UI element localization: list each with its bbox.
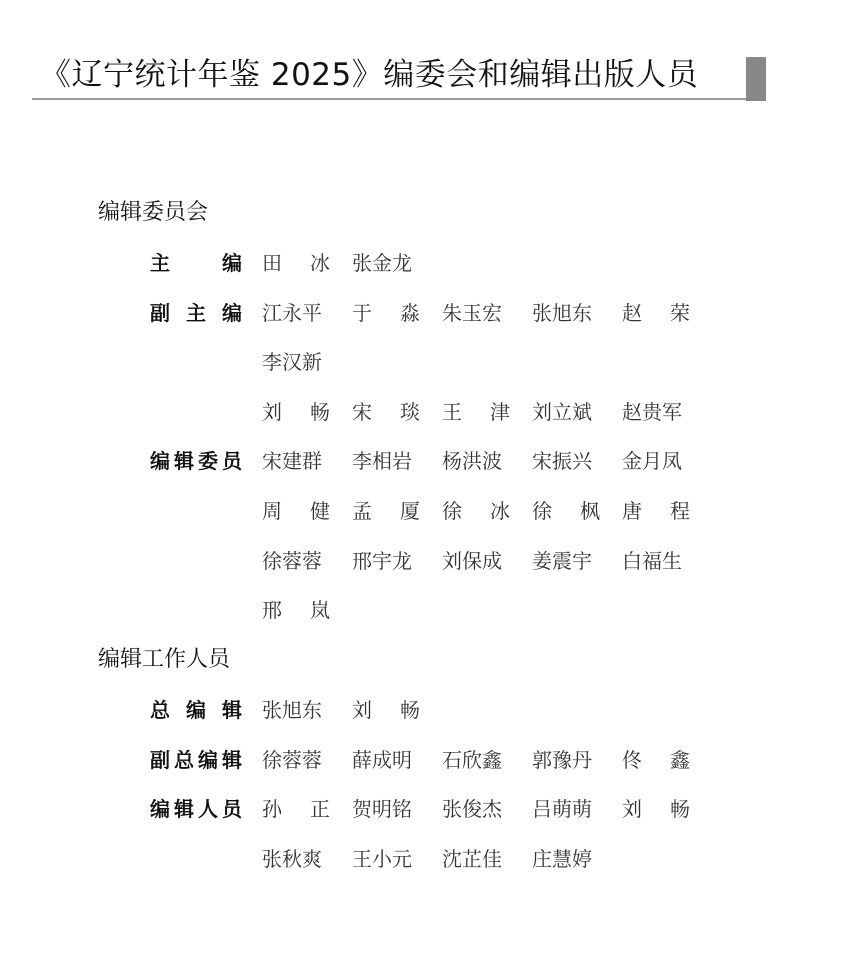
- role-label-char: 员: [222, 446, 242, 476]
- person-name: 徐蓉蓉: [262, 546, 330, 576]
- role-label-char: 副: [150, 745, 170, 775]
- page-title: 《辽宁统计年鉴 2025》编委会和编辑出版人员: [40, 54, 698, 96]
- person-name: 佟鑫: [622, 745, 690, 775]
- person-name: 孟厦: [352, 496, 420, 526]
- role-label-char: 编: [222, 298, 242, 328]
- role-label-char: 编: [150, 794, 170, 824]
- person-name: 薛成明: [352, 745, 420, 775]
- role-label: 主编: [150, 248, 242, 278]
- person-name: 张旭东: [262, 695, 330, 725]
- role-label-char: 编: [150, 446, 170, 476]
- role-row: 张秋爽王小元沈芷佳庄慧婷: [0, 844, 850, 874]
- person-name: 庄慧婷: [532, 844, 600, 874]
- person-name: 于淼: [352, 298, 420, 328]
- person-name: 王津: [442, 397, 510, 427]
- role-label: 编辑人员: [150, 794, 242, 824]
- role-label: 总编辑: [150, 695, 242, 725]
- person-name: 刘立斌: [532, 397, 600, 427]
- role-label-char: 委: [198, 446, 218, 476]
- role-row: 主编田冰张金龙: [0, 248, 850, 278]
- role-label: 副主编: [150, 298, 242, 328]
- person-name: 徐蓉蓉: [262, 745, 330, 775]
- person-name: 姜震宇: [532, 546, 600, 576]
- person-name: 张旭东: [532, 298, 600, 328]
- role-row: 李汉新: [0, 347, 850, 377]
- person-name: 刘畅: [262, 397, 330, 427]
- role-label-char: 员: [222, 794, 242, 824]
- person-name: 周健: [262, 496, 330, 526]
- role-label-char: 辑: [174, 446, 194, 476]
- person-name: 刘保成: [442, 546, 510, 576]
- role-label-char: 辑: [222, 695, 242, 725]
- section-heading: 编辑委员会: [98, 198, 208, 228]
- role-row: 副总编辑徐蓉蓉薛成明石欣鑫郭豫丹佟鑫: [0, 745, 850, 775]
- title-underline: [32, 98, 746, 100]
- title-side-block: [746, 57, 766, 101]
- person-name: 李汉新: [262, 347, 330, 377]
- person-name: 张秋爽: [262, 844, 330, 874]
- person-name: 李相岩: [352, 446, 420, 476]
- person-name: 宋振兴: [532, 446, 600, 476]
- role-row: 刘畅宋琰王津刘立斌赵贵军: [0, 397, 850, 427]
- role-label-char: 编: [198, 745, 218, 775]
- role-row: 周健孟厦徐冰徐枫唐程: [0, 496, 850, 526]
- person-name: 石欣鑫: [442, 745, 510, 775]
- role-row: 邢岚: [0, 595, 850, 625]
- person-name: 邢岚: [262, 595, 330, 625]
- person-name: 王小元: [352, 844, 420, 874]
- role-label-char: 主: [186, 298, 206, 328]
- role-label-char: 编: [186, 695, 206, 725]
- person-name: 吕萌萌: [532, 794, 600, 824]
- person-name: 郭豫丹: [532, 745, 600, 775]
- person-name: 宋琰: [352, 397, 420, 427]
- role-row: 编辑人员孙正贺明铭张俊杰吕萌萌刘畅: [0, 794, 850, 824]
- role-label-char: 辑: [222, 745, 242, 775]
- role-label-char: 总: [150, 695, 170, 725]
- person-name: 江永平: [262, 298, 330, 328]
- section-heading: 编辑工作人员: [98, 645, 230, 675]
- role-label: 副总编辑: [150, 745, 242, 775]
- role-label: 编辑委员: [150, 446, 242, 476]
- role-label-char: 人: [198, 794, 218, 824]
- role-label-char: 总: [174, 745, 194, 775]
- role-label-char: 编: [222, 248, 242, 278]
- person-name: 宋建群: [262, 446, 330, 476]
- role-row: 徐蓉蓉邢宇龙刘保成姜震宇白福生: [0, 546, 850, 576]
- role-label-char: 主: [150, 248, 170, 278]
- role-row: 总编辑张旭东刘畅: [0, 695, 850, 725]
- person-name: 杨洪波: [442, 446, 510, 476]
- person-name: 徐枫: [532, 496, 600, 526]
- role-label-char: 辑: [174, 794, 194, 824]
- person-name: 刘畅: [622, 794, 690, 824]
- person-name: 孙正: [262, 794, 330, 824]
- person-name: 赵贵军: [622, 397, 690, 427]
- person-name: 贺明铭: [352, 794, 420, 824]
- person-name: 徐冰: [442, 496, 510, 526]
- person-name: 田冰: [262, 248, 330, 278]
- role-label-char: 副: [150, 298, 170, 328]
- person-name: 沈芷佳: [442, 844, 510, 874]
- person-name: 张金龙: [352, 248, 420, 278]
- person-name: 邢宇龙: [352, 546, 420, 576]
- person-name: 金月凤: [622, 446, 690, 476]
- role-row: 副主编江永平于淼朱玉宏张旭东赵荣: [0, 298, 850, 328]
- person-name: 白福生: [622, 546, 690, 576]
- person-name: 赵荣: [622, 298, 690, 328]
- person-name: 唐程: [622, 496, 690, 526]
- person-name: 张俊杰: [442, 794, 510, 824]
- person-name: 刘畅: [352, 695, 420, 725]
- person-name: 朱玉宏: [442, 298, 510, 328]
- role-row: 编辑委员宋建群李相岩杨洪波宋振兴金月凤: [0, 446, 850, 476]
